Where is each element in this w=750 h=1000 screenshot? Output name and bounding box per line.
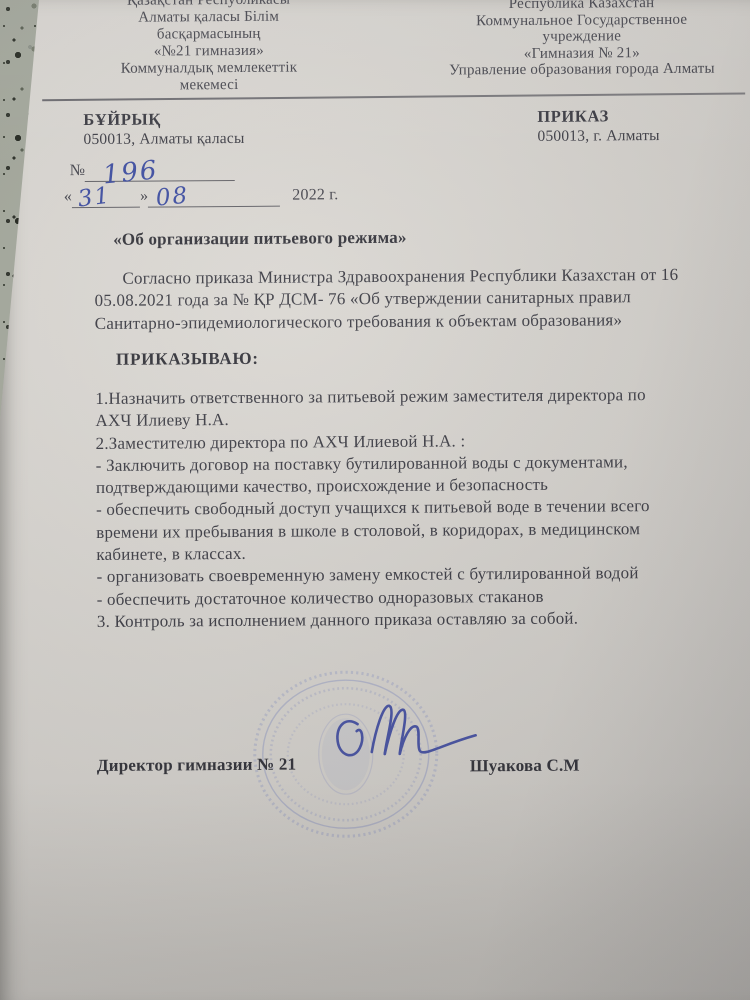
month-line: 08 [148, 186, 280, 208]
letterhead-line: Алматы қаласы Білім [59, 8, 359, 27]
order-address-ru: 050013, г. Алматы [537, 126, 659, 147]
directive-heading: ПРИКАЗЫВАЮ: [116, 348, 259, 371]
letterhead-line: басқармасының [59, 25, 359, 44]
letterhead-kazakh: Қазақстан Республикасы Алматы қаласы Біл… [58, 0, 359, 95]
order-text: 1.Назначить ответственного за питьевой р… [95, 384, 717, 634]
letterhead-line: мекемесі [59, 76, 359, 95]
letterhead-line: Коммуналдық мемлекеттік [59, 59, 359, 78]
signatory-title: Директор гимназии № 21 [97, 754, 297, 778]
signature-scribble [323, 685, 484, 786]
order-header-kk: БҰЙРЫҚ 050013, Алматы қаласы [83, 109, 244, 150]
order-address-kk: 050013, Алматы қаласы [83, 129, 244, 150]
order-line: 1.Назначить ответственного за питьевой р… [95, 384, 715, 411]
letterhead-line: Управление образования города Алматы [419, 60, 745, 79]
order-line: - Заключить договор на поставку бутилиро… [96, 451, 716, 478]
order-title-ru: ПРИКАЗ [537, 106, 659, 127]
order-header-ru: ПРИКАЗ 050013, г. Алматы [537, 106, 660, 147]
letterhead-russian: Республика Казахстан Коммунальное Госуда… [418, 0, 745, 79]
order-line: времени их пребывания в школе в столовой… [96, 517, 716, 544]
order-number-row: №196 [70, 159, 236, 182]
handwritten-month: 08 [147, 185, 190, 211]
document-photo: Қазақстан Республикасы Алматы қаласы Біл… [0, 0, 750, 1000]
subject-title: «Об организации питьевого режима» [113, 227, 407, 251]
order-date-row: «31»082022 г. [64, 184, 339, 208]
document-content: Қазақстан Республикасы Алматы қаласы Біл… [0, 0, 750, 1000]
year-label: 2022 г. [280, 186, 338, 203]
order-line: - организовать своевременную замену емко… [96, 562, 716, 589]
number-line: 196 [85, 160, 235, 182]
signatory-name: Шуакова С.М [470, 755, 580, 778]
handwritten-day: 31 [71, 185, 113, 212]
intro-paragraph: Согласно приказа Министра Здравоохранени… [94, 264, 708, 335]
intro-line: Санитарно-эпидемиологического требования… [95, 308, 709, 335]
order-line: 3. Контроль за исполнением данного прика… [97, 607, 717, 634]
day-line: 31 [72, 187, 140, 208]
letterhead-line: «№21 гимназия» [59, 42, 359, 61]
order-title-kk: БҰЙРЫҚ [83, 109, 244, 130]
number-sign: № [70, 162, 86, 179]
